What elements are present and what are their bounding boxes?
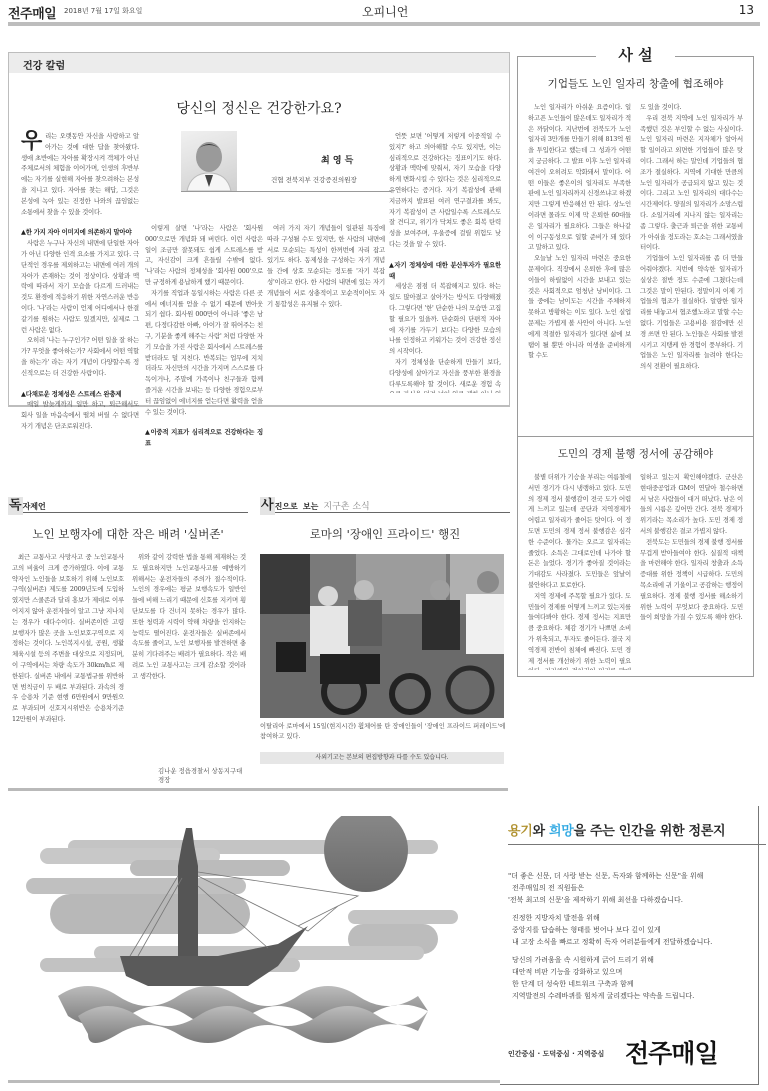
paragraph: 도 있을 것이다. (640, 102, 743, 113)
masthead-brand: 전주매일 (8, 3, 56, 22)
editorial-title-1[interactable]: 기업들도 노인 일자리 창출에 협조해야 (518, 76, 753, 91)
paragraph: 사람은 누구나 자신의 내면에 단일한 자아가 아닌 다양한 인격 요소를 가지… (21, 238, 139, 335)
paragraph: 언뜻 보면 '어떻게 저렇게 이중적일 수 있지?' 하고 의아해할 수도 있지… (389, 131, 501, 250)
masthead-section: 오피니언 (362, 3, 408, 20)
ad-line: 지역발전의 수레바퀴를 힘차게 굴리겠다는 약속을 드립니다. (508, 990, 694, 1002)
subheading: ▲자기 정체성에 대한 분산투자가 필요한 때 (389, 260, 501, 282)
paragraph: 일하고 있는지 확인해야겠다. 군산은 현대중공업과 GM이 연달아 철수하면서… (640, 472, 743, 537)
ad-divider (508, 844, 766, 845)
ship-and-waves-illustration-icon (18, 816, 458, 1066)
subheading: ▲이중적 지표가 심리적으로 건강하다는 징표 (145, 427, 263, 449)
ad-line: 전주매일의 전 직원들은 (508, 882, 703, 894)
photo-news-title[interactable]: 로마의 '장애인 프라이드' 행진 (260, 526, 510, 542)
portrait-icon (181, 131, 237, 191)
health-column-title[interactable]: 당신의 정신은 건강한가요? (9, 98, 509, 118)
author-name: 최 영 득 (321, 153, 353, 166)
paragraph: 자기를 직업과 동일시하는 사람은 다른 곳에서 에너지를 얻을 수 없기 때문… (145, 288, 263, 418)
paragraph: 지역 경제에 주목할 필요가 있다. 도민들이 경제를 어떻게 느끼고 있는지를… (528, 591, 631, 670)
dropcap: 우 (21, 131, 42, 151)
ad-title: 용기와 희망을 주는 인간을 위한 정론지 (508, 820, 725, 839)
ad-paragraph-1: "더 좋은 신문, 더 사랑 받는 신문, 독자와 함께하는 신문"을 위해 전… (508, 870, 703, 906)
editorial-1-col-1: 노인 일자리가 아쉬운 요즘이다. 일하고픈 노인들이 많은데도 일자리가 적은… (528, 102, 631, 432)
ad-line: 중앙지를 답습하는 형태를 벗어나 보다 깊이 있게 (508, 924, 712, 936)
health-column-label: 건강 칼럼 (23, 57, 65, 72)
ad-paragraph-2: 진정한 지방자치 발전을 위해 중앙지를 답습하는 형태를 벗어나 보다 깊이 … (508, 912, 712, 948)
ad-title-part: 와 (533, 824, 549, 839)
header-big: 독 (8, 497, 23, 515)
ad-line: 한 단계 더 성숙한 네트워크 구축과 함께 (508, 978, 694, 990)
divider (8, 1080, 500, 1083)
health-col-2: 이렇게 살면 '나'라는 사람은 '회사원 000'으로만 개념화 돼 버린다.… (145, 223, 263, 449)
ad-logo: 전주매일 (625, 1034, 718, 1070)
wheelchair-parade-icon (260, 554, 504, 718)
paragraph: 세상은 점점 더 복잡해지고 있다. 하는 일도 많아졌고 살아가는 방식도 다… (389, 281, 501, 357)
author-photo-icon (181, 131, 237, 191)
paragraph: 매일 밤늦게까지 일만 하고, 퇴근해서도 회사 일을 마음속에서 떨쳐 버릴 … (21, 399, 139, 431)
ad-line: 당신의 가려움을 속 시원하게 긁어 드리기 위해 (508, 954, 694, 966)
paragraph: 위와 같이 강력한 법을 통해 제재하는 것도 필요하지만 노인교통사고를 예방… (132, 552, 246, 682)
author-title: 건협 전북지부 건강증진의원장 (271, 175, 357, 184)
ad-slogan: 인간중심 · 도덕중심 · 지역중심 (508, 1049, 604, 1059)
paragraph: 불볕 더위가 기승을 부리는 여름철에 서민 경기가 다시 냉랭하고 있다. 도… (528, 472, 631, 591)
ad-line: '전북 최고의 신문'을 제작하기 위해 최선을 다하겠습니다. (508, 894, 703, 906)
health-col-3: 여러 가지 자기 개념들이 일관된 특징에 따라 구성될 수도 있지만, 한 사… (267, 223, 385, 393)
news-photo-icon[interactable] (260, 554, 504, 718)
paragraph: 이렇게 살면 '나'라는 사람은 '회사원 000'으로만 개념화 돼 버린다.… (145, 223, 263, 288)
reader-col-1: 최근 교통사고 사망사고 중 노인교통사고의 비율이 크게 증가하였다. 이에 … (12, 552, 124, 774)
health-column: 건강 칼럼 당신의 정신은 건강한가요? 우리는 오랫동안 자신을 사랑하고 알… (8, 52, 510, 407)
header-small: 보는 (303, 502, 318, 511)
editorial-title-2[interactable]: 도민의 경제 불행 정서에 공감해야 (518, 446, 753, 461)
divider (8, 806, 500, 807)
reader-column: 독자제언 노인 보행자에 대한 작은 배려 '실버존' 최근 교통사고 사망사고… (8, 494, 248, 796)
reader-col-2: 위와 같이 강력한 법을 통해 제재하는 것도 필요하지만 노인교통사고를 예방… (132, 552, 246, 752)
paragraph: 노인 일자리가 아쉬운 요즘이다. 일하고픈 노인들이 많은데도 일자리가 적은… (528, 102, 631, 253)
editorial-2-col-2: 일하고 있는지 확인해야겠다. 군산은 현대중공업과 GM이 연달아 철수하면서… (640, 472, 743, 670)
health-col-4: 언뜻 보면 '어떻게 저렇게 이중적일 수 있지?' 하고 의아해할 수도 있지… (389, 131, 501, 393)
paragraph: 우리 전북 지역에 노인 일자리가 부족했던 것은 부인할 수 없는 사실이다.… (640, 113, 743, 253)
photo-news-header: 사진으로 보는 지구촌 소식 (260, 494, 510, 513)
ad-title-part: 을 주는 인간을 위한 정론지 (574, 824, 726, 839)
editorial-label: 사 설 (518, 44, 753, 65)
editorial: 사 설 기업들도 노인 일자리 창출에 협조해야 노인 일자리가 아쉬운 요즘이… (517, 56, 754, 677)
ad-title-gold: 용기 (508, 824, 533, 839)
paragraph: 여러 가지 자기 개념들이 일관된 특징에 따라 구성될 수도 있지만, 한 사… (267, 223, 385, 309)
editorial-1-col-2: 도 있을 것이다. 우리 전북 지역에 노인 일자리가 부족했던 것은 부인할 … (640, 102, 743, 432)
ad-line: "더 좋은 신문, 더 사랑 받는 신문, 독자와 함께하는 신문"을 위해 (508, 870, 703, 882)
photo-news: 사진으로 보는 지구촌 소식 로마의 '장애인 프라이드' 행진 이탈리아 로마… (260, 494, 510, 796)
reader-column-header: 독자제언 (8, 494, 248, 513)
masthead: 전주매일 2018년 7월 17일 화요일 오피니언 13 (8, 0, 760, 26)
paragraph: 기업들이 노인 일자리를 좀 더 만들어줘야겠다. 지번에 약속한 일자리가 실… (640, 253, 743, 372)
paragraph: 자기 정체성을 단순하게 만들기 보다, 다양성에 살아가고 자신을 풍부한 환… (389, 357, 501, 393)
header-small: 진으로 (275, 502, 298, 511)
health-column-header: 건강 칼럼 (9, 53, 509, 73)
byline: 김나운 정읍경찰서 상동지구대 경장 (158, 766, 248, 784)
paragraph: 최근 교통사고 사망사고 중 노인교통사고의 비율이 크게 증가하였다. 이에 … (12, 552, 124, 725)
header-grey: 지구촌 소식 (323, 502, 369, 512)
health-col-1: 우리는 오랫동안 자신을 사랑하고 알아가는 것에 대한 답을 찾아왔다. 생애… (21, 131, 139, 432)
masthead-date: 2018년 7월 17일 화요일 (64, 6, 142, 16)
ad-paragraph-3: 당신의 가려움을 속 시원하게 긁어 드리기 위해 대안적 비판 기능을 강화하… (508, 954, 694, 1002)
reader-column-title[interactable]: 노인 보행자에 대한 작은 배려 '실버존' (8, 526, 248, 542)
notice: 사외기고는 본보의 편집방향과 다를 수도 있습니다. (260, 752, 504, 764)
page-number: 13 (739, 3, 754, 17)
paragraph: 오늘날 노인 일자리 마련은 중요한 문제이다. 직장에서 은퇴한 후에 많은 … (528, 253, 631, 361)
divider (518, 436, 753, 437)
ad-line: 대안적 비판 기능을 강화하고 있으며 (508, 966, 694, 978)
ad-title-blue: 희망 (549, 824, 574, 839)
paragraph: 오히려 '나는 누구인가? 어떤 일을 잘 하는가? 무엇을 좋아하는가? 사회… (21, 335, 139, 378)
header-big: 사 (260, 497, 275, 515)
header-small: 자제언 (23, 502, 46, 511)
divider (181, 191, 391, 192)
paragraph: 전북도는 도민들의 경제 불행 정서를 무겁게 받아들여야 한다. 실질적 대책… (640, 537, 743, 623)
ad-line: 내 고장 소식을 빠르고 정확히 독자 여러분들에게 전달하겠습니다. (508, 936, 712, 948)
subheading: ▲한 가지 자아 이미지에 의존하지 말아야 (21, 227, 139, 238)
editorial-2-col-1: 불볕 더위가 기승을 부리는 여름철에 서민 경기가 다시 냉랭하고 있다. 도… (528, 472, 631, 670)
photo-caption: 이탈리아 로마에서 15일(현지시간) 휠체어를 탄 장애인들이 '장애인 프라… (260, 722, 506, 742)
subheading: ▲다채로운 정체성은 스트레스 완충제 (21, 389, 139, 400)
ad-line: 진정한 지방자치 발전을 위해 (508, 912, 712, 924)
